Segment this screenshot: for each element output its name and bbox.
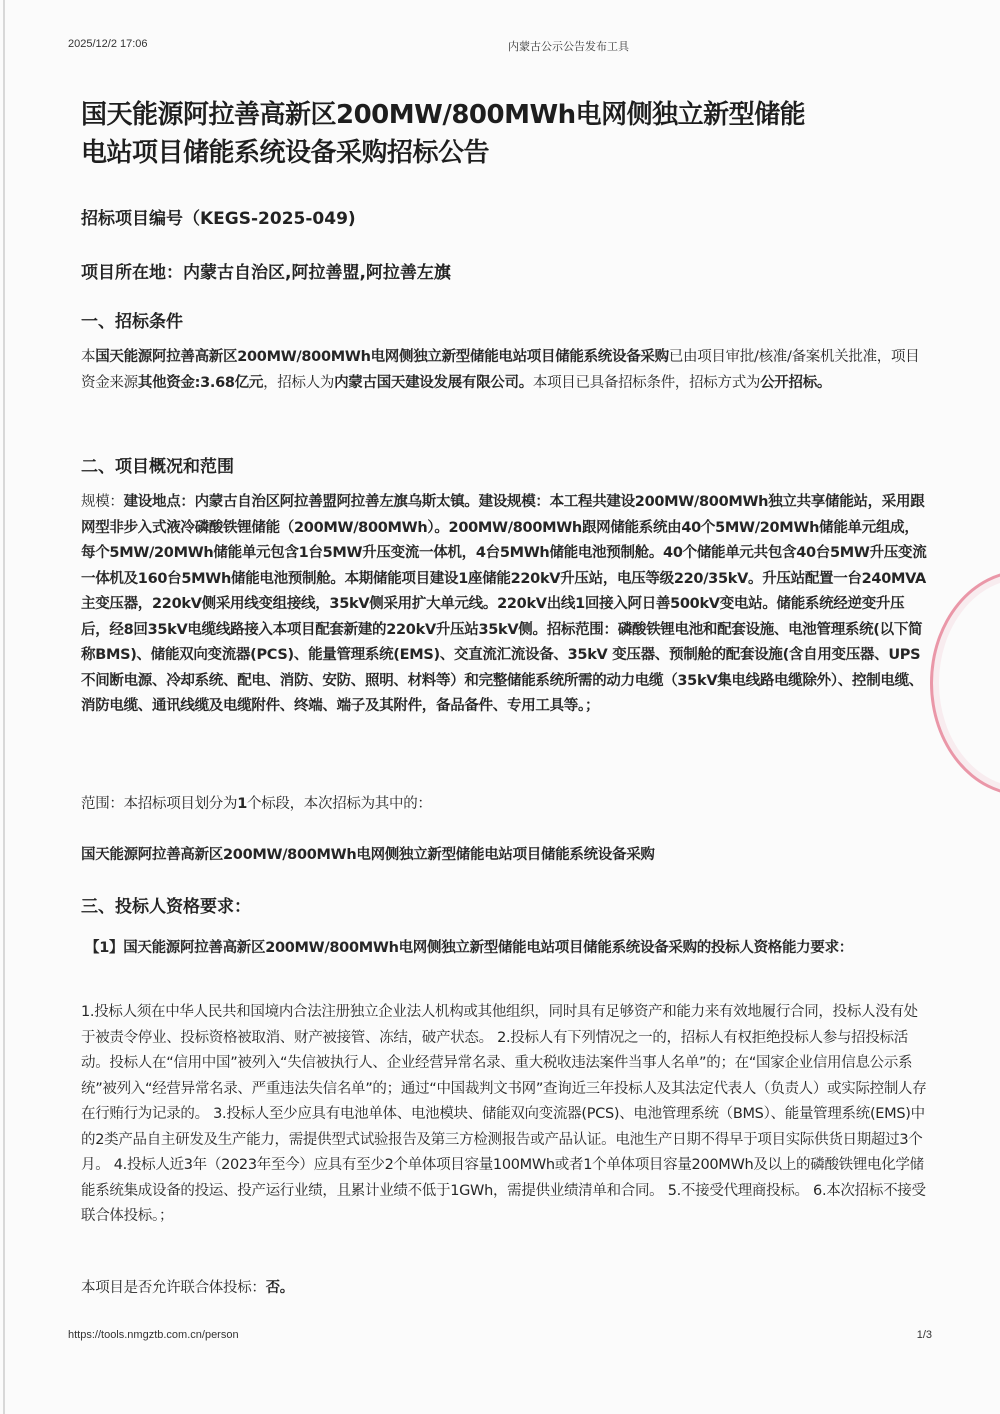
consortium-line: 本项目是否允许联合体投标：否。 — [81, 1276, 929, 1302]
scale-text: 建设地点：内蒙古自治区阿拉善盟阿拉善左旗乌斯太镇。建设规模：本工程共建设200M… — [81, 494, 926, 714]
scale-paragraph: 规模：建设地点：内蒙古自治区阿拉善盟阿拉善左旗乌斯太镇。建设规模：本工程共建设2… — [81, 490, 929, 720]
document-title: 国天能源阿拉善高新区200MW/800MWh电网侧独立新型储能 电站项目储能系统… — [81, 96, 931, 172]
section-2-heading: 二、项目概况和范围 — [81, 452, 234, 477]
qualification-subheading: 【1】国天能源阿拉善高新区200MW/800MWh电网侧独立新型储能电站项目储能… — [81, 936, 929, 962]
section-1-heading: 一、招标条件 — [81, 307, 183, 332]
project-location: 项目所在地：内蒙古自治区,阿拉善盟,阿拉善左旗 — [81, 258, 451, 283]
project-name: 国天能源阿拉善高新区200MW/800MWh电网侧独立新型储能电站项目储能系统设… — [95, 349, 669, 365]
qualification-requirements: 1.投标人须在中华人民共和国境内合法注册独立企业法人机构或其他组织，同时具有足够… — [81, 1000, 929, 1230]
section-3-heading: 三、投标人资格要求： — [81, 892, 251, 917]
title-line-1: 国天能源阿拉善高新区200MW/800MWh电网侧独立新型储能 — [81, 100, 805, 130]
tender-method: 公开招标。 — [760, 375, 831, 391]
page-url: https://tools.nmgztb.com.cn/person — [68, 1329, 239, 1341]
tenderer: 内蒙古国天建设发展有限公司。 — [334, 375, 533, 391]
page-number: 1/3 — [917, 1329, 932, 1341]
section-1-paragraph: 本国天能源阿拉善高新区200MW/800MWh电网侧独立新型储能电站项目储能系统… — [81, 345, 929, 396]
site-name: 内蒙古公示公告发布工具 — [508, 38, 629, 54]
consortium-value: 否。 — [266, 1280, 294, 1296]
title-line-2: 电站项目储能系统设备采购招标公告 — [81, 138, 489, 168]
official-seal-stamp — [930, 570, 1000, 796]
document-body: 国天能源阿拉善高新区200MW/800MWh电网侧独立新型储能 电站项目储能系统… — [81, 96, 931, 172]
range-paragraph: 范围：本招标项目划分为1个标段，本次招标为其中的： — [81, 792, 929, 818]
project-number: 招标项目编号（KEGS-2025-049) — [81, 204, 356, 229]
lot-name: 国天能源阿拉善高新区200MW/800MWh电网侧独立新型储能电站项目储能系统设… — [81, 843, 929, 869]
funds-source: 其他资金:3.68亿元 — [138, 375, 263, 391]
page-edge — [3, 0, 5, 1414]
print-timestamp: 2025/12/2 17:06 — [68, 38, 148, 50]
